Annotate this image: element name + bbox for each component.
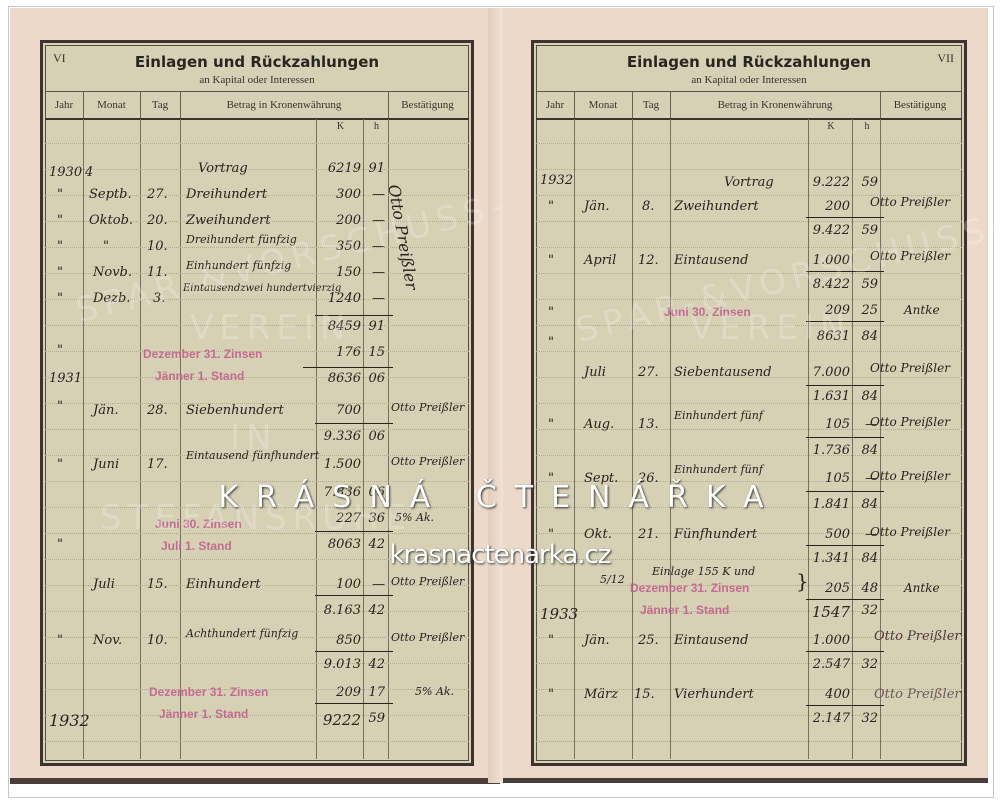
bank-watermark-line: VEREIN [690, 308, 851, 348]
header-day: Tag [632, 92, 671, 118]
signature: Otto Preißler [870, 415, 950, 429]
signature: Antke [904, 581, 940, 595]
signature: Otto Preißler [874, 629, 961, 644]
signature: Otto Preißler [870, 525, 950, 539]
ledger-title: Einlagen und Rückzahlungen [534, 53, 964, 71]
balance-stamp: Jänner 1. Stand [155, 369, 244, 383]
balance-stamp: Jänner 1. Stand [159, 707, 248, 721]
header-amount: Betrag in Kronenwährung [670, 92, 881, 118]
header-month: Monat [83, 92, 141, 118]
site-watermark-title: KRÁSNÁ ČTENÁŘKA [0, 480, 1000, 515]
passbook-spread: WYCISKI 10.236 KRS 1 . 1 . 1966 KRS X 19… [10, 8, 990, 788]
signature: Otto Preißler [391, 455, 464, 468]
header-confirmation: Bestätigung [880, 92, 960, 118]
signature: Otto Preißler [870, 195, 950, 209]
header-month: Monat [574, 92, 633, 118]
ledger-subtitle: an Kapital oder Interessen [534, 74, 964, 86]
header-kronen: K [810, 121, 852, 135]
bank-watermark-line: VEREIN [190, 308, 351, 348]
header-kronen: K [318, 121, 363, 135]
signature: Antke [904, 303, 940, 317]
right-page: VII Einlagen und Rückzahlungen an Kapita… [503, 8, 988, 783]
ledger-table-left: VI Einlagen und Rückzahlungen an Kapital… [40, 40, 474, 766]
header-heller: h [365, 121, 388, 135]
header-year: Jahr [536, 92, 575, 118]
header-amount: Betrag in Kronenwährung [180, 92, 389, 118]
site-watermark-url: krasnactenarka.cz [0, 540, 1000, 570]
balance-stamp: Jänner 1. Stand [640, 603, 729, 617]
header-heller: h [854, 121, 880, 135]
ledger-title: Einlagen und Rückzahlungen [43, 53, 471, 71]
header-day: Tag [140, 92, 181, 118]
signature: Otto Preißler [391, 575, 464, 588]
header-year: Jahr [45, 92, 84, 118]
interest-stamp: Dezember 31. Zinsen [149, 685, 268, 699]
signature: Otto Preißler [874, 687, 961, 702]
signature: 5% Ak. [415, 685, 454, 698]
ledger-table-right: VII Einlagen und Rückzahlungen an Kapita… [531, 40, 967, 766]
column-header-row: Jahr Monat Tag Betrag in Kronenwährung B… [45, 91, 469, 120]
interest-stamp: Dezember 31. Zinsen [143, 347, 262, 361]
signature: Otto Preißler [391, 401, 464, 414]
signature: Otto Preißler [391, 631, 464, 644]
column-header-row: Jahr Monat Tag Betrag in Kronenwährung B… [536, 91, 962, 120]
interest-stamp: Dezember 31. Zinsen [630, 581, 749, 595]
header-confirmation: Bestätigung [388, 92, 467, 118]
left-page: VI Einlagen und Rückzahlungen an Kapital… [10, 8, 500, 784]
ledger-subtitle: an Kapital oder Interessen [43, 74, 471, 86]
bank-watermark-line: IN [230, 418, 277, 458]
signature: Otto Preißler [870, 361, 950, 375]
